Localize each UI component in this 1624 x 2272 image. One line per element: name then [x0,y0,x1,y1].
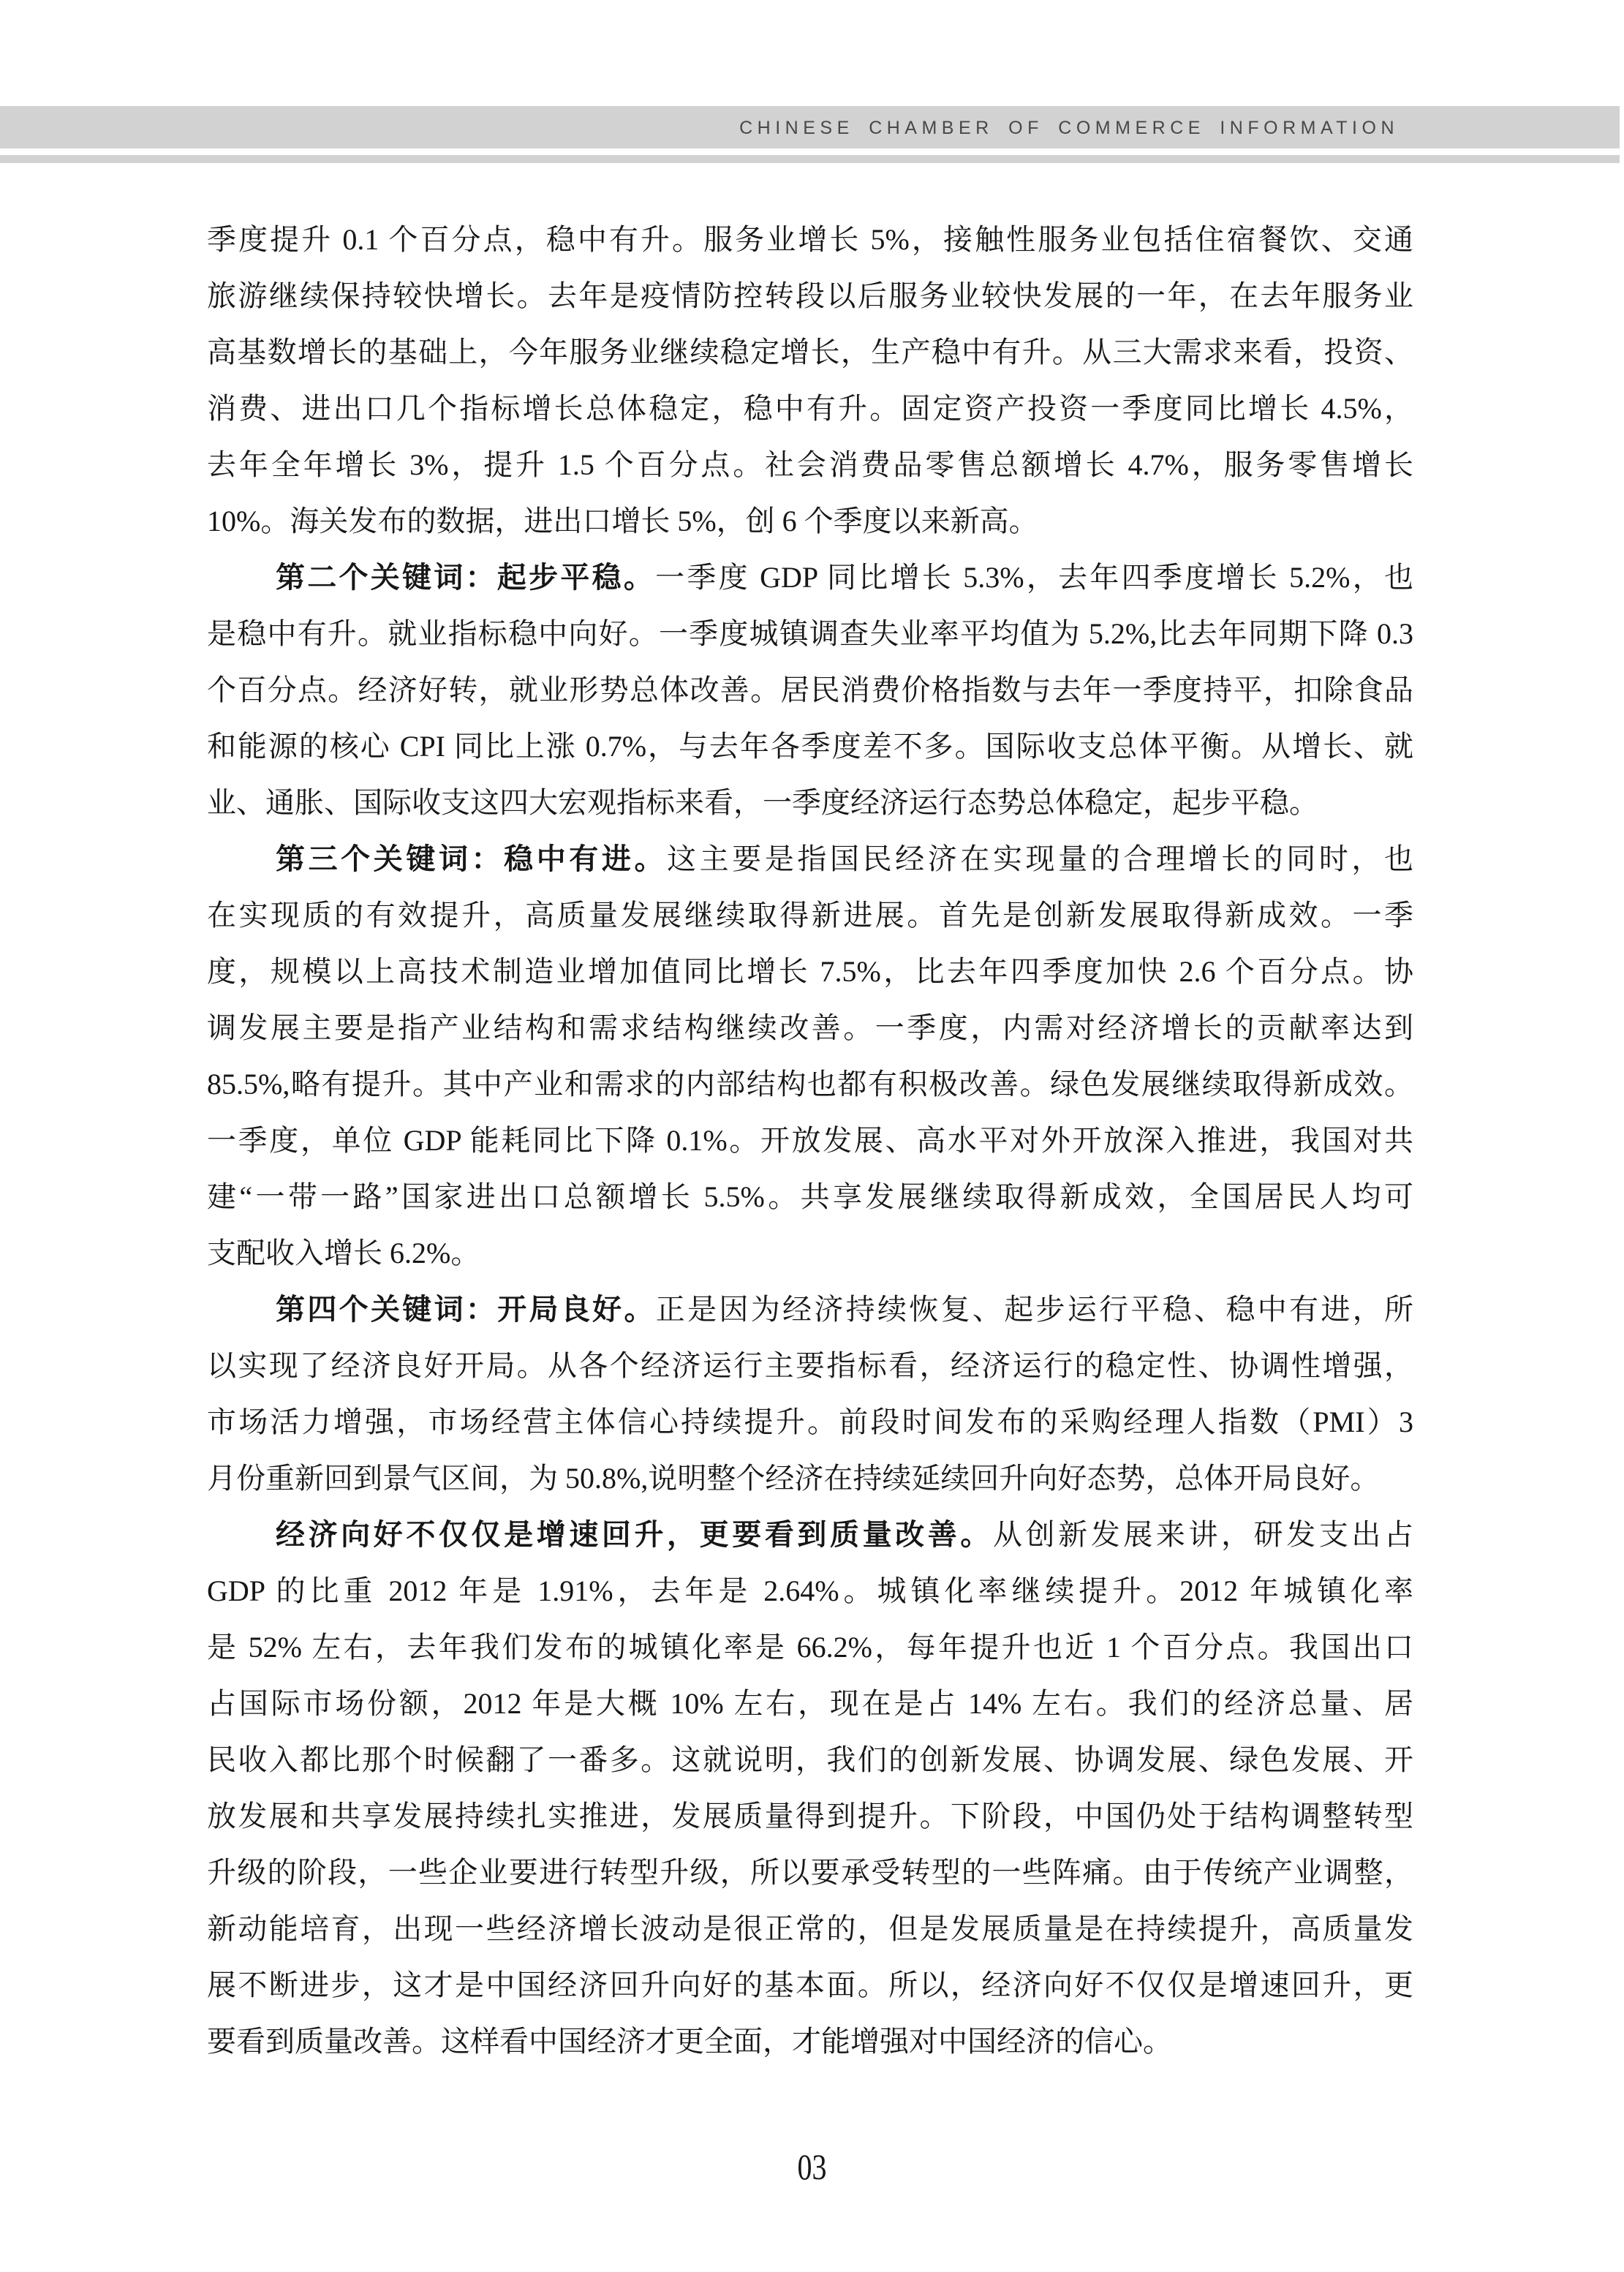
text-run: 业、通胀、国际收支这四大宏观指标来看，一季度经济运行态势总体稳定，起步平稳。 [207,786,1318,819]
article-body: 季度提升 0.1 个百分点，稳中有升。服务业增长 5%，接触性服务业包括住宿餐饮… [207,211,1413,2069]
text-run: 和能源的核心 CPI 同比上涨 0.7%，与去年各季度差不多。国际收支总体平衡。… [207,730,1413,763]
text-line: 高基数增长的基础上，今年服务业继续稳定增长，生产稳中有升。从三大需求来看，投资、 [207,324,1413,380]
text-line: 占国际市场份额，2012 年是大概 10% 左右，现在是占 14% 左右。我们的… [207,1675,1413,1732]
document-page: { "header": { "band_text": "CHINESE CHAM… [0,0,1624,2272]
text-line: 市场活力增强，市场经营主体信心持续提升。前段时间发布的采购经理人指数（PMI）3 [207,1394,1413,1450]
text-run: 是 52% 左右，去年我们发布的城镇化率是 66.2%，每年提升也近 1 个百分… [207,1631,1413,1664]
text-run: 度，规模以上高技术制造业增加值同比增长 7.5%，比去年四季度加快 2.6 个百… [207,955,1413,988]
text-run: 去年全年增长 3%，提升 1.5 个百分点。社会消费品零售总额增长 4.7%，服… [207,448,1413,481]
text-run: 从创新发展来讲，研发支出占 [993,1518,1413,1551]
text-line: 旅游继续保持较快增长。去年是疫情防控转段以后服务业较快发展的一年，在去年服务业 [207,268,1413,324]
text-run: 个百分点。经济好转，就业形势总体改善。居民消费价格指数与去年一季度持平，扣除食品 [207,673,1413,706]
text-run: 正是因为经济持续恢复、起步运行平稳、稳中有进，所 [656,1293,1413,1326]
text-line: 季度提升 0.1 个百分点，稳中有升。服务业增长 5%，接触性服务业包括住宿餐饮… [207,211,1413,268]
keyword-emphasis: 第四个关键词：开局良好。 [276,1294,656,1326]
text-run: 季度提升 0.1 个百分点，稳中有升。服务业增长 5%，接触性服务业包括住宿餐饮… [207,223,1413,256]
text-line: 民收入都比那个时候翻了一番多。这就说明，我们的创新发展、协调发展、绿色发展、开 [207,1732,1413,1788]
text-line: 消费、进出口几个指标增长总体稳定，稳中有升。固定资产投资一季度同比增长 4.5%… [207,380,1413,437]
text-run: 以实现了经济良好开局。从各个经济运行主要指标看，经济运行的稳定性、协调性增强， [207,1349,1413,1382]
text-run: 高基数增长的基础上，今年服务业继续稳定增长，生产稳中有升。从三大需求来看，投资、 [207,336,1413,369]
text-line: 以实现了经济良好开局。从各个经济运行主要指标看，经济运行的稳定性、协调性增强， [207,1337,1413,1394]
text-run: 展不断进步，这才是中国经济回升向好的基本面。所以，经济向好不仅仅是增速回升，更 [207,1969,1413,2001]
keyword-emphasis: 第二个关键词：起步平稳。 [276,562,655,594]
text-line: 和能源的核心 CPI 同比上涨 0.7%，与去年各季度差不多。国际收支总体平衡。… [207,718,1413,774]
text-run: 升级的阶段，一些企业要进行转型升级，所以要承受转型的一些阵痛。由于传统产业调整， [207,1856,1413,1889]
text-line: 是 52% 左右，去年我们发布的城镇化率是 66.2%，每年提升也近 1 个百分… [207,1619,1413,1675]
text-line: 调发展主要是指产业结构和需求结构继续改善。一季度，内需对经济增长的贡献率达到 [207,1000,1413,1056]
text-run: 一季度，单位 GDP 能耗同比下降 0.1%。开放发展、高水平对外开放深入推进，… [207,1124,1413,1157]
text-line: 度，规模以上高技术制造业增加值同比增长 7.5%，比去年四季度加快 2.6 个百… [207,943,1413,1000]
text-line: 支配收入增长 6.2%。 [207,1225,1413,1281]
text-line: 是稳中有升。就业指标稳中向好。一季度城镇调查失业率平均值为 5.2%,比去年同期… [207,605,1413,662]
text-line: 经济向好不仅仅是增速回升，更要看到质量改善。从创新发展来讲，研发支出占 [207,1506,1413,1563]
text-line: 第二个关键词：起步平稳。一季度 GDP 同比增长 5.3%，去年四季度增长 5.… [207,549,1413,605]
keyword-emphasis: 第三个关键词：稳中有进。 [276,843,667,875]
text-run: 旅游继续保持较快增长。去年是疫情防控转段以后服务业较快发展的一年，在去年服务业 [207,279,1413,312]
text-run: 支配收入增长 6.2%。 [207,1237,480,1269]
text-line: 一季度，单位 GDP 能耗同比下降 0.1%。开放发展、高水平对外开放深入推进，… [207,1112,1413,1169]
text-line: 建“一带一路”国家进出口总额增长 5.5%。共享发展继续取得新成效，全国居民人均… [207,1169,1413,1225]
keyword-emphasis: 经济向好不仅仅是增速回升，更要看到质量改善。 [276,1519,993,1551]
text-run: GDP 的比重 2012 年是 1.91%，去年是 2.64%。城镇化率继续提升… [207,1574,1413,1607]
text-line: 在实现质的有效提升，高质量发展继续取得新进展。首先是创新发展取得新成效。一季 [207,887,1413,943]
text-line: 升级的阶段，一些企业要进行转型升级，所以要承受转型的一些阵痛。由于传统产业调整， [207,1844,1413,1901]
text-run: 建“一带一路”国家进出口总额增长 5.5%。共享发展继续取得新成效，全国居民人均… [207,1180,1413,1213]
text-run: 一季度 GDP 同比增长 5.3%，去年四季度增长 5.2%，也 [655,561,1413,594]
text-line: 业、通胀、国际收支这四大宏观指标来看，一季度经济运行态势总体稳定，起步平稳。 [207,774,1413,831]
text-line: 放发展和共享发展持续扎实推进，发展质量得到提升。下阶段，中国仍处于结构调整转型 [207,1788,1413,1844]
text-run: 85.5%,略有提升。其中产业和需求的内部结构也都有积极改善。绿色发展继续取得新… [207,1068,1413,1101]
text-run: 月份重新回到景气区间，为 50.8%,说明整个经济在持续延续回升向好态势，总体开… [207,1462,1379,1495]
text-run: 在实现质的有效提升，高质量发展继续取得新进展。首先是创新发展取得新成效。一季 [207,899,1413,932]
text-run: 放发展和共享发展持续扎实推进，发展质量得到提升。下阶段，中国仍处于结构调整转型 [207,1800,1413,1833]
text-line: 新动能培育，出现一些经济增长波动是很正常的，但是发展质量是在持续提升，高质量发 [207,1901,1413,1957]
text-run: 市场活力增强，市场经营主体信心持续提升。前段时间发布的采购经理人指数（PMI）3 [207,1405,1413,1438]
header-band: CHINESE CHAMBER OF COMMERCE INFORMATION [0,106,1620,148]
text-line: 去年全年增长 3%，提升 1.5 个百分点。社会消费品零售总额增长 4.7%，服… [207,437,1413,493]
text-line: 85.5%,略有提升。其中产业和需求的内部结构也都有积极改善。绿色发展继续取得新… [207,1056,1413,1112]
text-line: 个百分点。经济好转，就业形势总体改善。居民消费价格指数与去年一季度持平，扣除食品 [207,662,1413,718]
text-run: 消费、进出口几个指标增长总体稳定，稳中有升。固定资产投资一季度同比增长 4.5%… [207,392,1413,425]
text-line: 月份重新回到景气区间，为 50.8%,说明整个经济在持续延续回升向好态势，总体开… [207,1450,1413,1506]
header-title: CHINESE CHAMBER OF COMMERCE INFORMATION [0,106,1620,148]
text-line: 10%。海关发布的数据，进出口增长 5%，创 6 个季度以来新高。 [207,493,1413,549]
text-run: 这主要是指国民经济在实现量的合理增长的同时，也 [667,842,1413,875]
page-number: 03 [162,2145,1462,2188]
header-rule [0,155,1620,163]
text-line: 要看到质量改善。这样看中国经济才更全面，才能增强对中国经济的信心。 [207,2013,1413,2069]
text-run: 调发展主要是指产业结构和需求结构继续改善。一季度，内需对经济增长的贡献率达到 [207,1011,1413,1044]
text-run: 要看到质量改善。这样看中国经济才更全面，才能增强对中国经济的信心。 [207,2025,1172,2058]
text-run: 新动能培育，出现一些经济增长波动是很正常的，但是发展质量是在持续提升，高质量发 [207,1912,1413,1945]
text-run: 民收入都比那个时候翻了一番多。这就说明，我们的创新发展、协调发展、绿色发展、开 [207,1743,1413,1776]
text-line: 第四个关键词：开局良好。正是因为经济持续恢复、起步运行平稳、稳中有进，所 [207,1281,1413,1337]
text-run: 是稳中有升。就业指标稳中向好。一季度城镇调查失业率平均值为 5.2%,比去年同期… [207,617,1413,650]
text-line: GDP 的比重 2012 年是 1.91%，去年是 2.64%。城镇化率继续提升… [207,1563,1413,1619]
text-line: 第三个关键词：稳中有进。这主要是指国民经济在实现量的合理增长的同时，也 [207,831,1413,887]
text-run: 10%。海关发布的数据，进出口增长 5%，创 6 个季度以来新高。 [207,505,1038,537]
text-run: 占国际市场份额，2012 年是大概 10% 左右，现在是占 14% 左右。我们的… [207,1687,1413,1720]
text-line: 展不断进步，这才是中国经济回升向好的基本面。所以，经济向好不仅仅是增速回升，更 [207,1957,1413,2013]
